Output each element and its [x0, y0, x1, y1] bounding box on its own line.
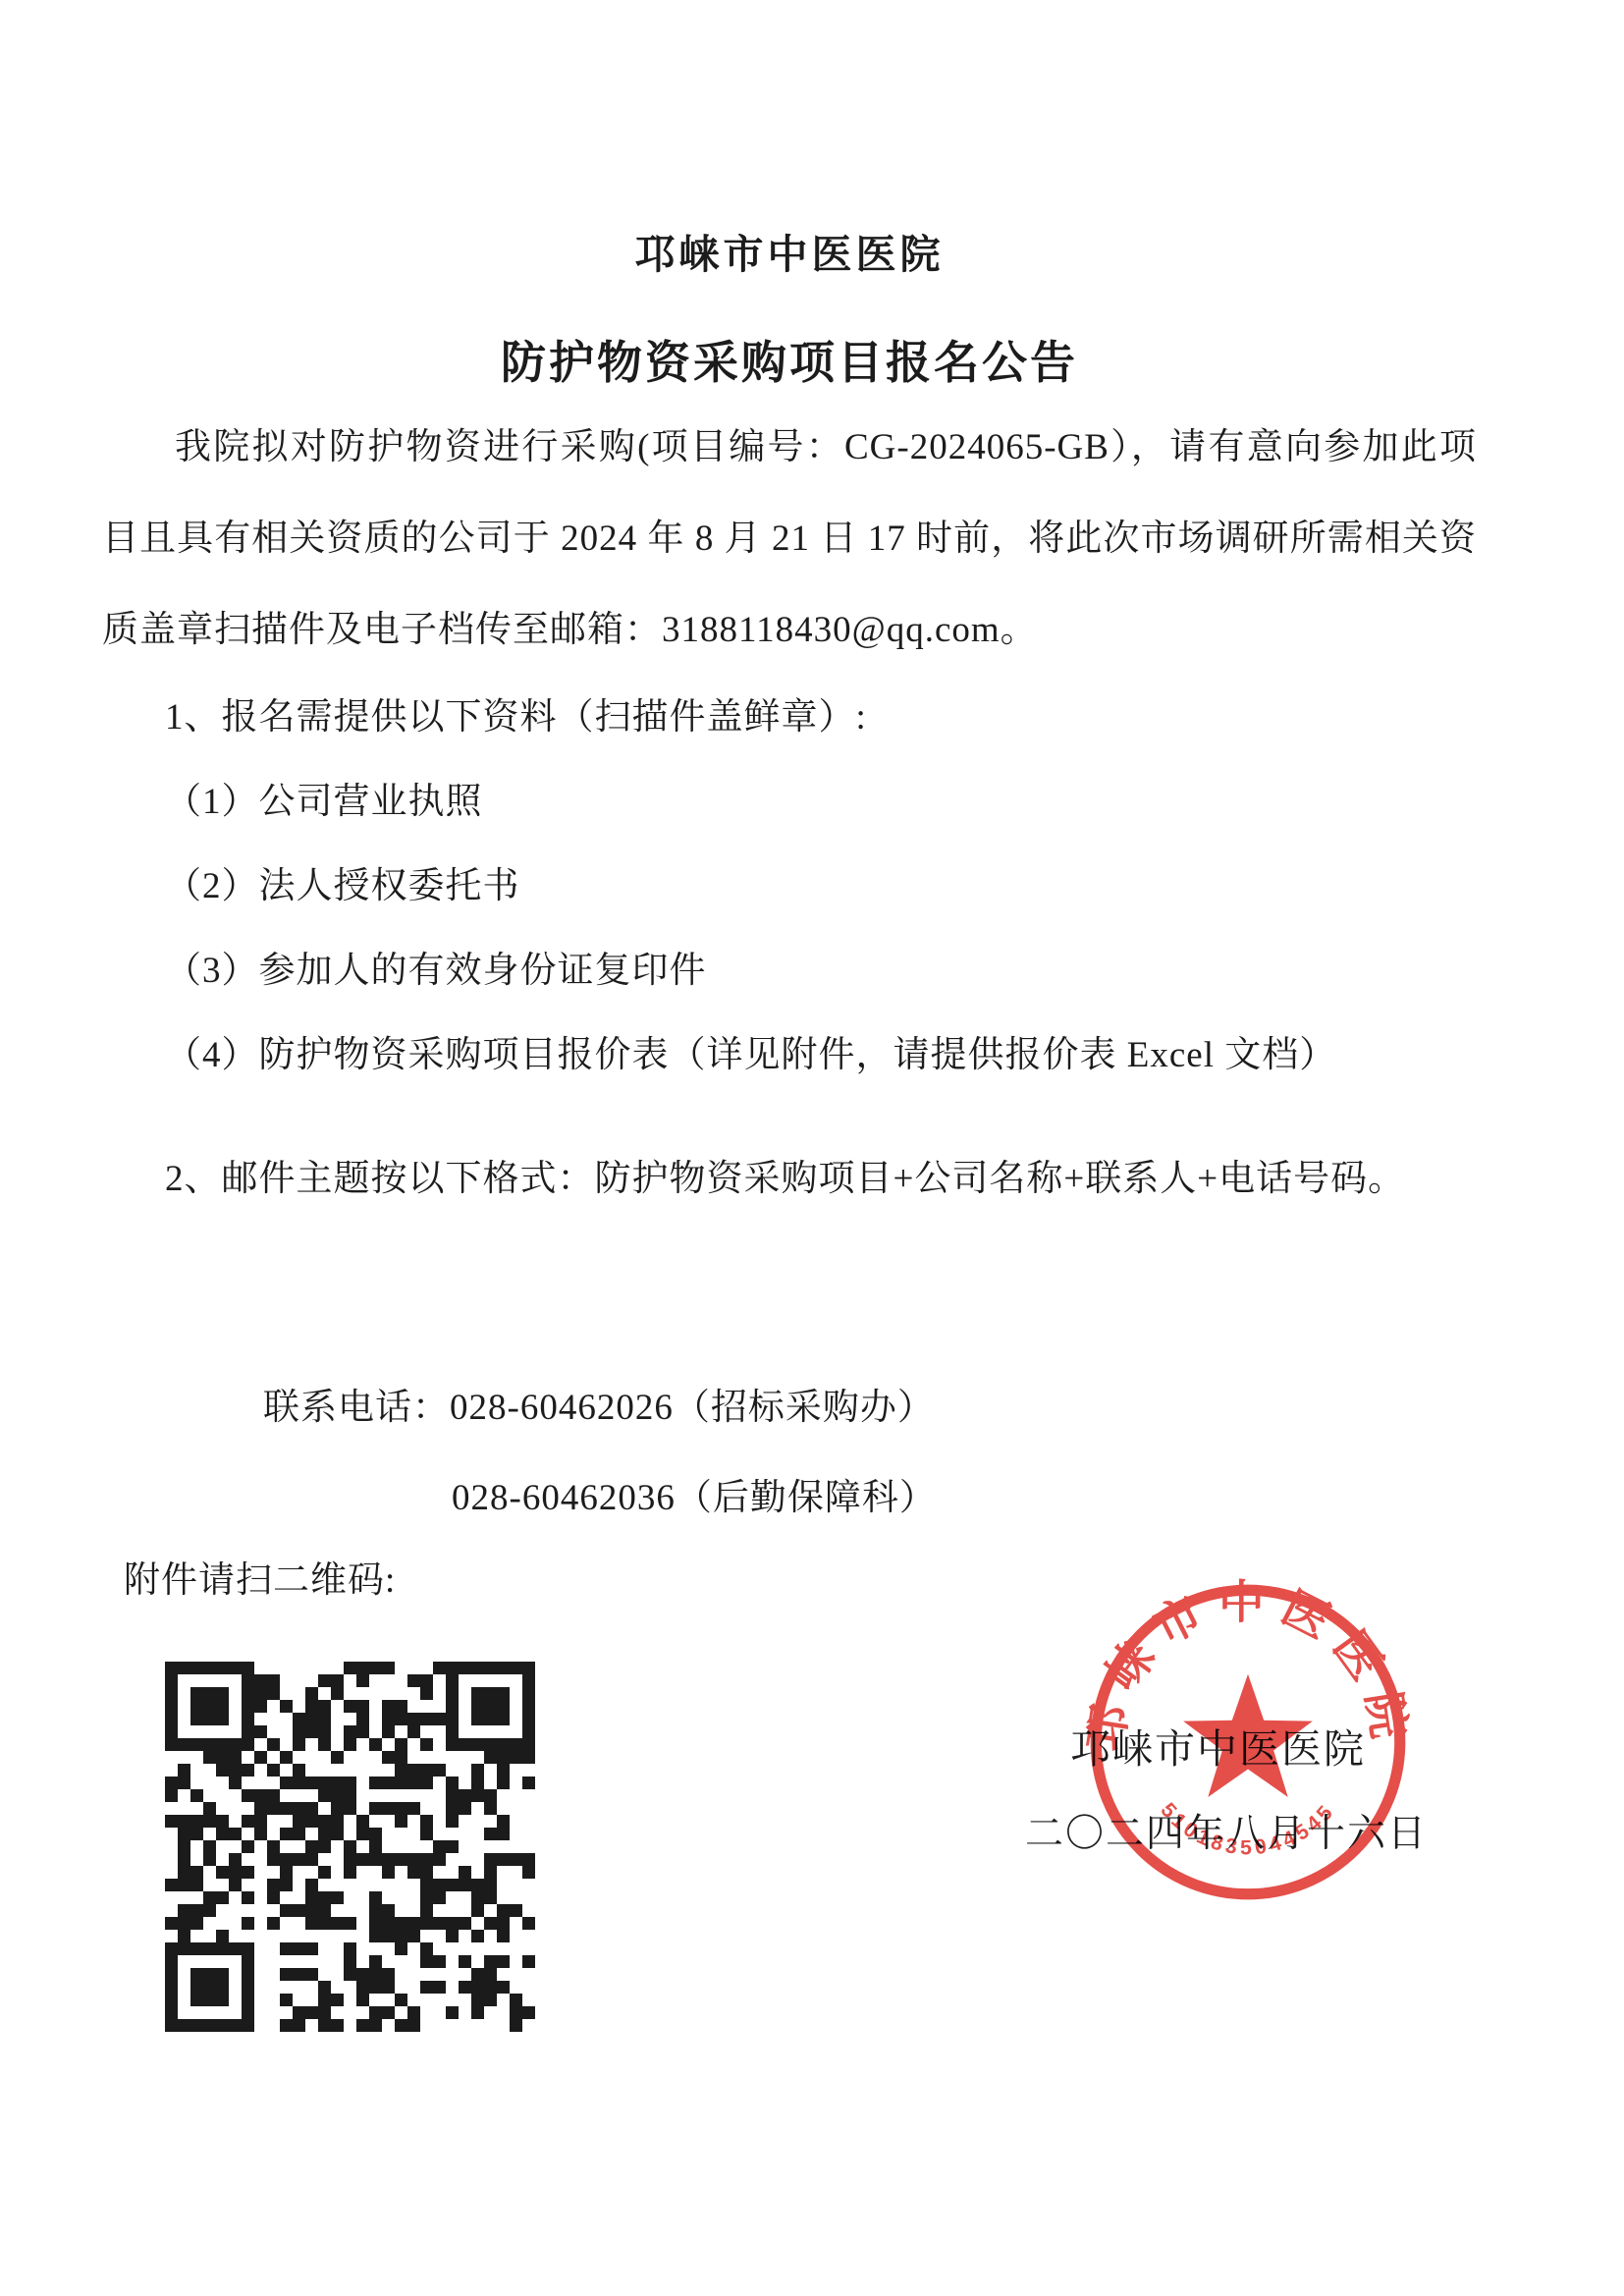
qr-code [165, 1662, 535, 2032]
document-body: 邛崃市中医医院 防护物资采购项目报名公告 我院拟对防护物资进行采购(项目编号：C… [102, 0, 1477, 1225]
list-item: （1）公司营业执照 [102, 760, 1477, 845]
document-page: 邛崃市中医医院 防护物资采购项目报名公告 我院拟对防护物资进行采购(项目编号：C… [0, 0, 1624, 2296]
requirements-list: 1、报名需提供以下资料（扫描件盖鲜章）: （1）公司营业执照 （2）法人授权委托… [102, 676, 1477, 1098]
signature-org: 邛崃市中医医院 [1070, 1717, 1366, 1775]
org-title: 邛崃市中医医院 [102, 0, 1477, 280]
contact-phone-2: 028-60462036（后勤保障科） [452, 1467, 937, 1520]
intro-paragraph: 我院拟对防护物资进行采购(项目编号：CG-2024065-GB），请有意向参加此… [102, 402, 1477, 676]
email-subject-paragraph: 2、邮件主题按以下格式：防护物资采购项目+公司名称+联系人+电话号码。 [102, 1133, 1477, 1225]
qr-caption: 附件请扫二维码: [124, 1550, 396, 1603]
signature-date: 二〇二四年八月十六日 [1025, 1803, 1428, 1858]
contact-phone-1: 联系电话：028-60462026（招标采购办） [263, 1377, 935, 1430]
list-item: （3）参加人的有效身份证复印件 [102, 929, 1477, 1013]
list-item-heading: 1、报名需提供以下资料（扫描件盖鲜章）: [102, 676, 1477, 760]
list-item: （2）法人授权委托书 [102, 845, 1477, 929]
page-title: 防护物资采购项目报名公告 [102, 327, 1477, 392]
list-item: （4）防护物资采购项目报价表（详见附件，请提供报价表 Excel 文档） [102, 1013, 1477, 1098]
